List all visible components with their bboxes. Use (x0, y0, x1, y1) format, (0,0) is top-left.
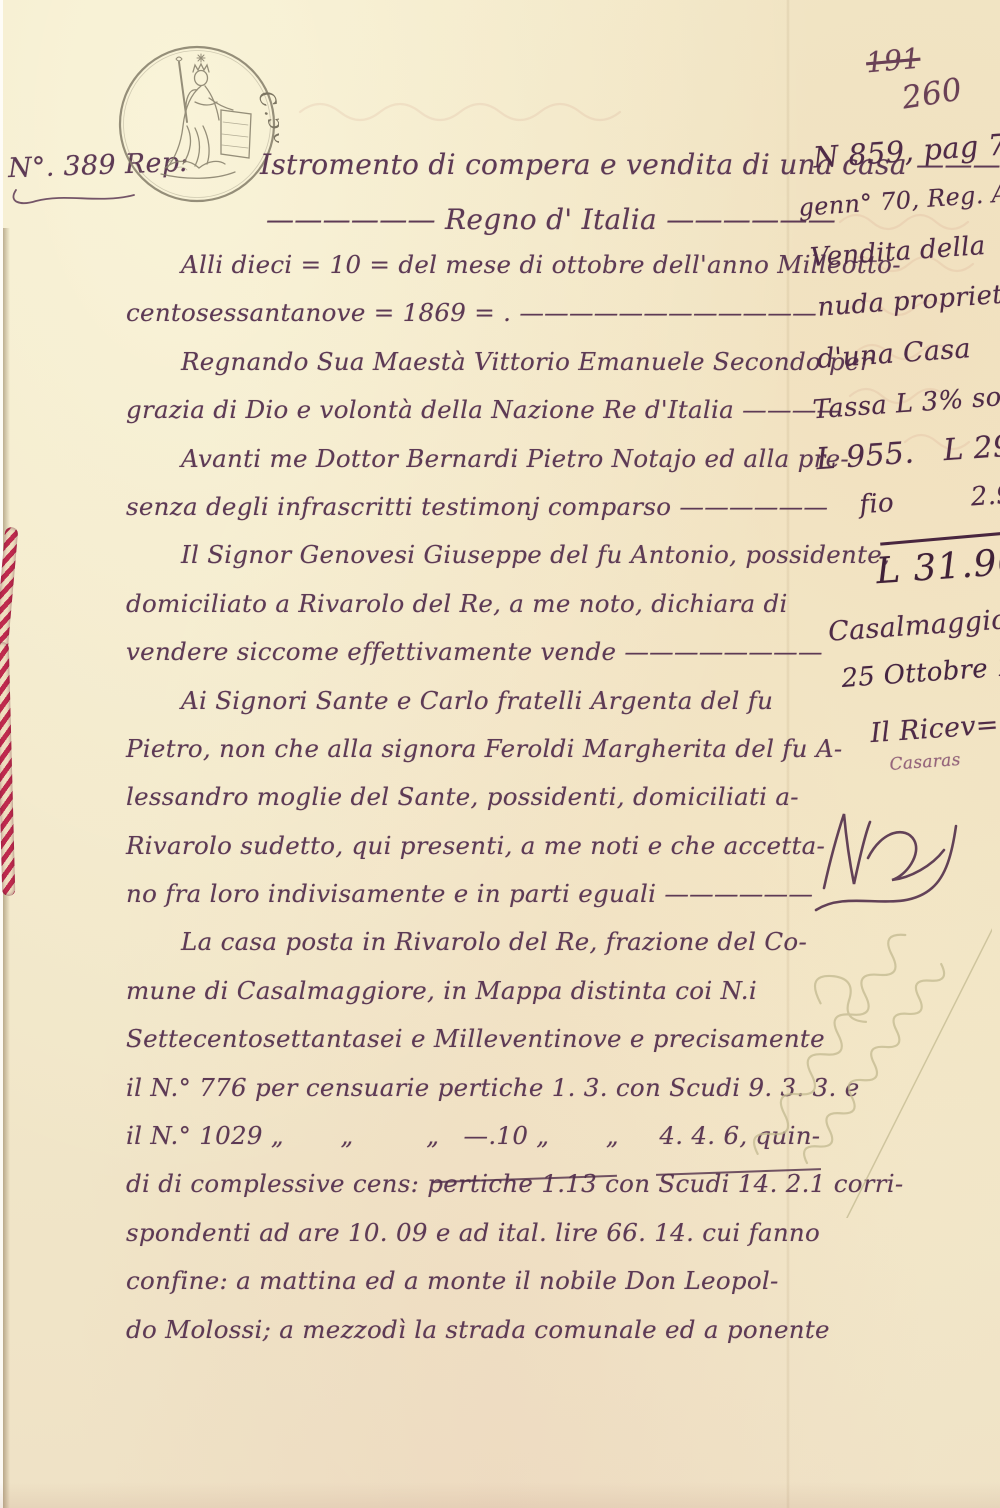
revenue-stamp: C.50 (115, 42, 279, 206)
body-line: senza degli infrascritti testimonj compa… (126, 492, 886, 540)
body-line: confine: a mattina ed a monte il nobile … (126, 1266, 886, 1314)
seated-italia-figure-icon (161, 54, 251, 178)
body-line: spondenti ad are 10. 09 e ad ital. lire … (126, 1218, 886, 1266)
body-line: domiciliato a Rivarolo del Re, a me noto… (126, 589, 886, 637)
body-line: Ai Signori Sante e Carlo fratelli Argent… (126, 686, 886, 734)
manuscript-page: 191 260 N°. 389 Rep: C.5 (0, 0, 1000, 1508)
body-line: lessandro moglie del Sante, possidenti, … (126, 782, 886, 830)
body-line: Avanti me Dottor Bernardi Pietro Notajo … (126, 444, 886, 492)
body-line: vendere siccome effettivamente vende ———… (126, 637, 886, 685)
body-line: centosessantanove = 1869 = . ———————————… (126, 298, 886, 346)
body-line: Regnando Sua Maestà Vittorio Emanuele Se… (126, 347, 886, 395)
body-line: do Molossi; a mezzodì la strada comunale… (126, 1315, 886, 1363)
stamp-value: C.50 (253, 88, 279, 151)
body-line: Pietro, non che alla signora Feroldi Mar… (126, 734, 886, 782)
page-number-crossed-out: 191 (865, 42, 922, 80)
pencil-annotation (752, 858, 992, 1218)
realm-heading: —————— Regno d' Italia —————— (266, 203, 836, 236)
body-line: grazia di Dio e volontà della Nazione Re… (126, 395, 886, 443)
body-line: Il Signor Genovesi Giuseppe del fu Anton… (126, 540, 886, 588)
body-line: Alli dieci = 10 = del mese di ottobre de… (126, 250, 886, 298)
